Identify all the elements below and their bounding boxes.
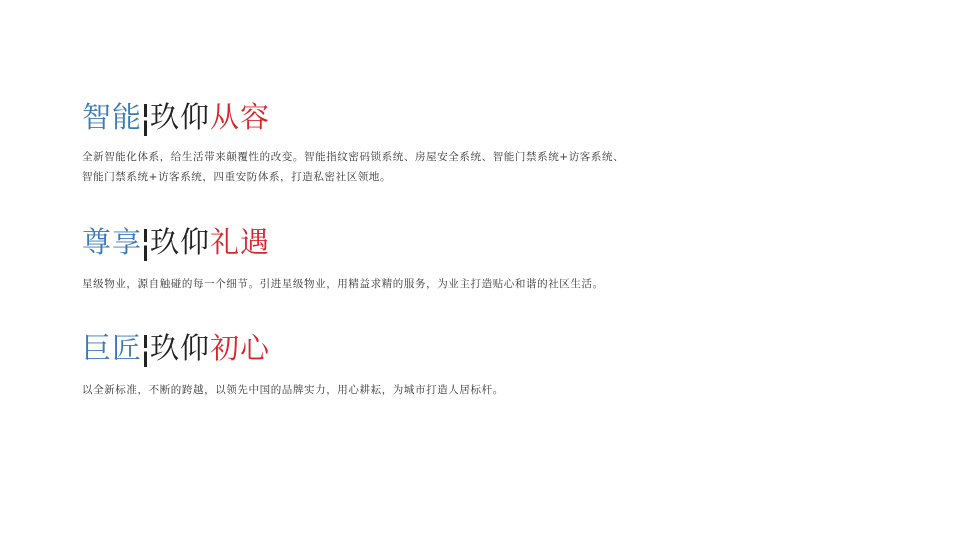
section-heading: 智能 玖仰 从容	[82, 97, 624, 137]
section-craftsman: 巨匠 玖仰 初心 以全新标准，不断的跨越，以领先中国的品牌实力，用心耕耘，为城市…	[82, 328, 504, 400]
description-line: 智能门禁系统+访客系统，四重安防体系，打造私密社区领地。	[82, 167, 624, 187]
heading-keyword: 尊享	[82, 225, 142, 259]
heading-separator	[144, 335, 147, 367]
heading-keyword: 智能	[82, 100, 142, 134]
section-smart: 智能 玖仰 从容 全新智能化体系，给生活带来颠覆性的改变。智能指纹密码锁系统、房…	[82, 97, 624, 187]
heading-keyword: 巨匠	[82, 331, 142, 365]
section-description: 以全新标准，不断的跨越，以领先中国的品牌实力，用心耕耘，为城市打造人居标杆。	[82, 380, 504, 400]
description-line: 以全新标准，不断的跨越，以领先中国的品牌实力，用心耕耘，为城市打造人居标杆。	[82, 380, 504, 400]
description-line: 全新智能化体系，给生活带来颠覆性的改变。智能指纹密码锁系统、房屋安全系统、智能门…	[82, 147, 624, 167]
section-description: 全新智能化体系，给生活带来颠覆性的改变。智能指纹密码锁系统、房屋安全系统、智能门…	[82, 147, 624, 187]
heading-highlight: 礼遇	[210, 225, 270, 259]
section-premium: 尊享 玖仰 礼遇 星级物业，源自触碰的每一个细节。引进星级物业，用精益求精的服务…	[82, 222, 604, 294]
section-description: 星级物业，源自触碰的每一个细节。引进星级物业，用精益求精的服务，为业主打造贴心和…	[82, 274, 604, 294]
heading-brand: 玖仰	[150, 225, 210, 259]
heading-brand: 玖仰	[150, 331, 210, 365]
heading-separator	[144, 104, 147, 136]
description-line: 星级物业，源自触碰的每一个细节。引进星级物业，用精益求精的服务，为业主打造贴心和…	[82, 274, 604, 294]
heading-highlight: 初心	[210, 331, 270, 365]
heading-highlight: 从容	[210, 100, 270, 134]
heading-separator	[144, 229, 147, 261]
heading-brand: 玖仰	[150, 100, 210, 134]
section-heading: 尊享 玖仰 礼遇	[82, 222, 604, 262]
section-heading: 巨匠 玖仰 初心	[82, 328, 504, 368]
